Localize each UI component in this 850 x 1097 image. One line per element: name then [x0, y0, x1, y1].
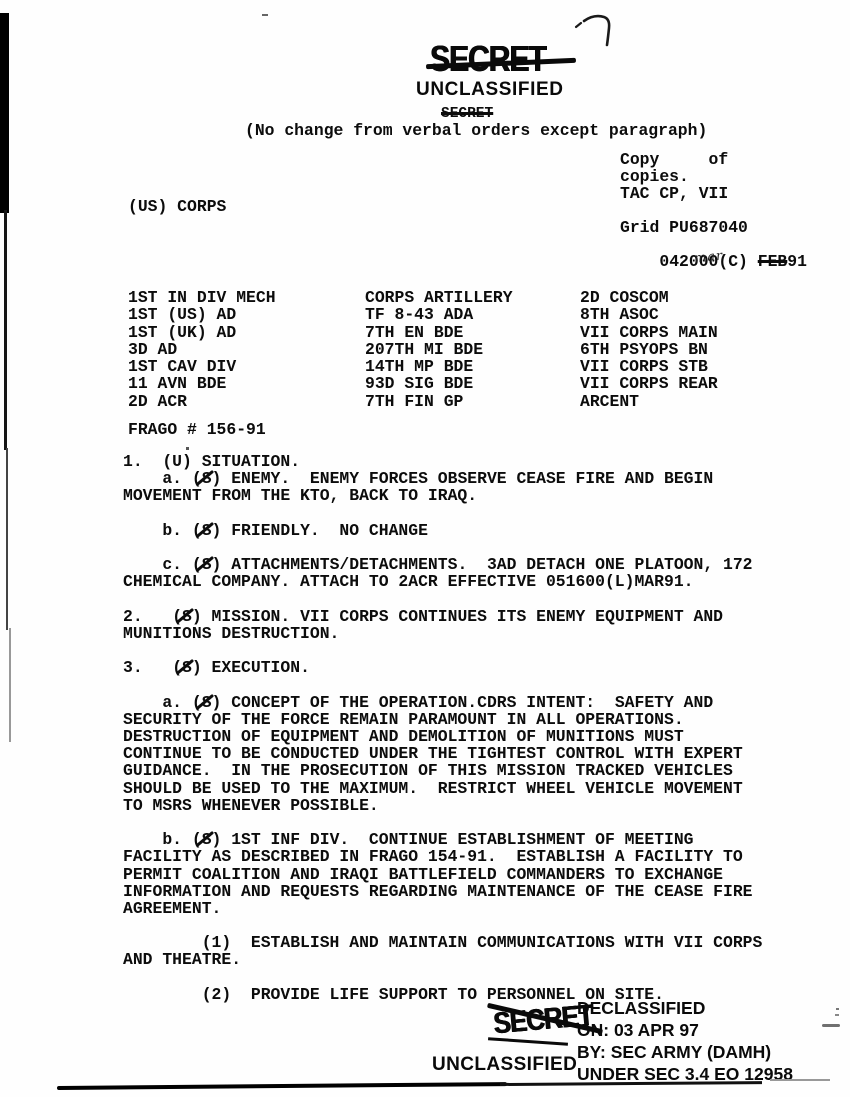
classification-slash-marker: (S) — [172, 659, 202, 676]
copy-number-line: Copy of — [620, 151, 728, 168]
text-line: b. (S) 1ST INF DIV. CONTINUE ESTABLISHME… — [123, 831, 762, 848]
units-col2: CORPS ARTILLERYTF 8-43 ADA7TH EN BDE207T… — [365, 289, 513, 410]
text-line: MOVEMENT FROM THE KTO, BACK TO IRAQ. — [123, 487, 762, 504]
text-line: CONTINUE TO BE CONDUCTED UNDER THE TIGHT… — [123, 745, 762, 762]
text-line — [123, 591, 762, 608]
text-line — [123, 642, 762, 659]
scan-edge-artifact — [9, 628, 11, 742]
classification-slash-marker: (S) — [192, 522, 222, 539]
scan-edge-artifact — [4, 210, 7, 450]
handwritten-month-correction: mar — [693, 249, 724, 267]
text-line: 3D AD — [128, 341, 276, 358]
text-line: 7TH FIN GP — [365, 393, 513, 410]
classification-slash-marker: (S) — [192, 470, 222, 487]
text-line: BY: SEC ARMY (DAMH) — [577, 1041, 793, 1063]
text-line — [123, 539, 762, 556]
text-line: a. (S) ENEMY. ENEMY FORCES OBSERVE CEASE… — [123, 470, 762, 487]
text-line: AND THEATRE. — [123, 951, 762, 968]
classification-slash-marker: (S) — [192, 556, 222, 573]
text-line: 14TH MP BDE — [365, 358, 513, 375]
handwritten-hook-mark — [568, 6, 626, 50]
text-line: 1. (U) SITUATION. — [123, 453, 762, 470]
text-line — [123, 969, 762, 986]
text-line: (1) ESTABLISH AND MAINTAIN COMMUNICATION… — [123, 934, 762, 951]
tac-cp-line: TAC CP, VII — [620, 185, 728, 202]
issuing-unit: (US) CORPS — [128, 198, 226, 215]
scan-speck — [186, 447, 189, 450]
text-line — [123, 814, 762, 831]
scan-smudge — [822, 1024, 840, 1027]
text-line: DESTRUCTION OF EQUIPMENT AND DEMOLITION … — [123, 728, 762, 745]
text-line: SHOULD BE USED TO THE MAXIMUM. RESTRICT … — [123, 780, 762, 797]
text-line: VII CORPS STB — [580, 358, 718, 375]
text-line: 3. (S) EXECUTION. — [123, 659, 762, 676]
text-line: 8TH ASOC — [580, 306, 718, 323]
unclassified-marking-top: UNCLASSIFIED — [416, 79, 564, 101]
text-line: 1ST CAV DIV — [128, 358, 276, 375]
text-line: 93D SIG BDE — [365, 375, 513, 392]
scan-speck — [262, 14, 268, 16]
units-col1: 1ST IN DIV MECH1ST (US) AD1ST (UK) AD3D … — [128, 289, 276, 410]
text-line: ARCENT — [580, 393, 718, 410]
document-page: SECRET UNCLASSIFIED SECRET (No change fr… — [0, 0, 850, 1097]
text-line: PERMIT COALITION AND IRAQI BATTLEFIELD C… — [123, 866, 762, 883]
text-line: 6TH PSYOPS BN — [580, 341, 718, 358]
scan-smudge — [835, 1014, 839, 1016]
text-line: TO MSRS WHENEVER POSSIBLE. — [123, 797, 762, 814]
text-line: CORPS ARTILLERY — [365, 289, 513, 306]
scan-smudge — [836, 1008, 839, 1010]
dtg-struck-month: FEB — [758, 252, 788, 271]
text-line: b. (S) FRIENDLY. NO CHANGE — [123, 522, 762, 539]
units-col3: 2D COSCOM8TH ASOCVII CORPS MAIN6TH PSYOP… — [580, 289, 718, 410]
text-line: 2. (S) MISSION. VII CORPS CONTINUES ITS … — [123, 608, 762, 625]
copies-line: copies. — [620, 168, 689, 185]
classification-slash-marker: (S) — [172, 608, 202, 625]
bottom-rule-line — [57, 1082, 507, 1090]
text-line — [123, 917, 762, 934]
text-line: 1ST IN DIV MECH — [128, 289, 276, 306]
change-note: (No change from verbal orders except par… — [245, 122, 707, 139]
text-line: VII CORPS REAR — [580, 375, 718, 392]
text-line: ON: 03 APR 97 — [577, 1019, 793, 1041]
text-line: FACILITY AS DESCRIBED IN FRAGO 154-91. E… — [123, 848, 762, 865]
text-line — [123, 676, 762, 693]
text-line: GUIDANCE. IN THE PROSECUTION OF THIS MIS… — [123, 762, 762, 779]
grid-reference-line: Grid PU687040 — [620, 219, 748, 236]
scan-edge-artifact — [6, 448, 8, 630]
text-line: 1ST (US) AD — [128, 306, 276, 323]
text-line — [123, 505, 762, 522]
scan-edge-artifact — [0, 13, 9, 213]
text-line: VII CORPS MAIN — [580, 324, 718, 341]
frago-number: FRAGO # 156-91 — [128, 421, 266, 438]
text-line: CHEMICAL COMPANY. ATTACH TO 2ACR EFFECTI… — [123, 573, 762, 590]
text-line: SECURITY OF THE FORCE REMAIN PARAMOUNT I… — [123, 711, 762, 728]
text-line: 7TH EN BDE — [365, 324, 513, 341]
text-line: INFORMATION AND REQUESTS REGARDING MAINT… — [123, 883, 762, 900]
text-line: TF 8-43 ADA — [365, 306, 513, 323]
text-line: 207TH MI BDE — [365, 341, 513, 358]
text-line: DECLASSIFIED — [577, 997, 793, 1019]
text-line: 2D ACR — [128, 393, 276, 410]
dtg-suffix: 91 — [787, 252, 807, 271]
declassification-block: DECLASSIFIEDON: 03 APR 97BY: SEC ARMY (D… — [577, 997, 793, 1085]
unclassified-marking-bottom: UNCLASSIFIED — [432, 1054, 577, 1076]
text-line: 11 AVN BDE — [128, 375, 276, 392]
text-line: a. (S) CONCEPT OF THE OPERATION.CDRS INT… — [123, 694, 762, 711]
text-line: AGREEMENT. — [123, 900, 762, 917]
text-line: MUNITIONS DESTRUCTION. — [123, 625, 762, 642]
text-line: c. (S) ATTACHMENTS/DETACHMENTS. 3AD DETA… — [123, 556, 762, 573]
classification-slash-marker: (S) — [192, 831, 222, 848]
text-line: 2D COSCOM — [580, 289, 718, 306]
classification-slash-marker: (S) — [192, 694, 222, 711]
text-line: 1ST (UK) AD — [128, 324, 276, 341]
bottom-rule-line — [770, 1079, 830, 1081]
body-text: 1. (U) SITUATION. a. (S) ENEMY. ENEMY FO… — [123, 453, 762, 1003]
